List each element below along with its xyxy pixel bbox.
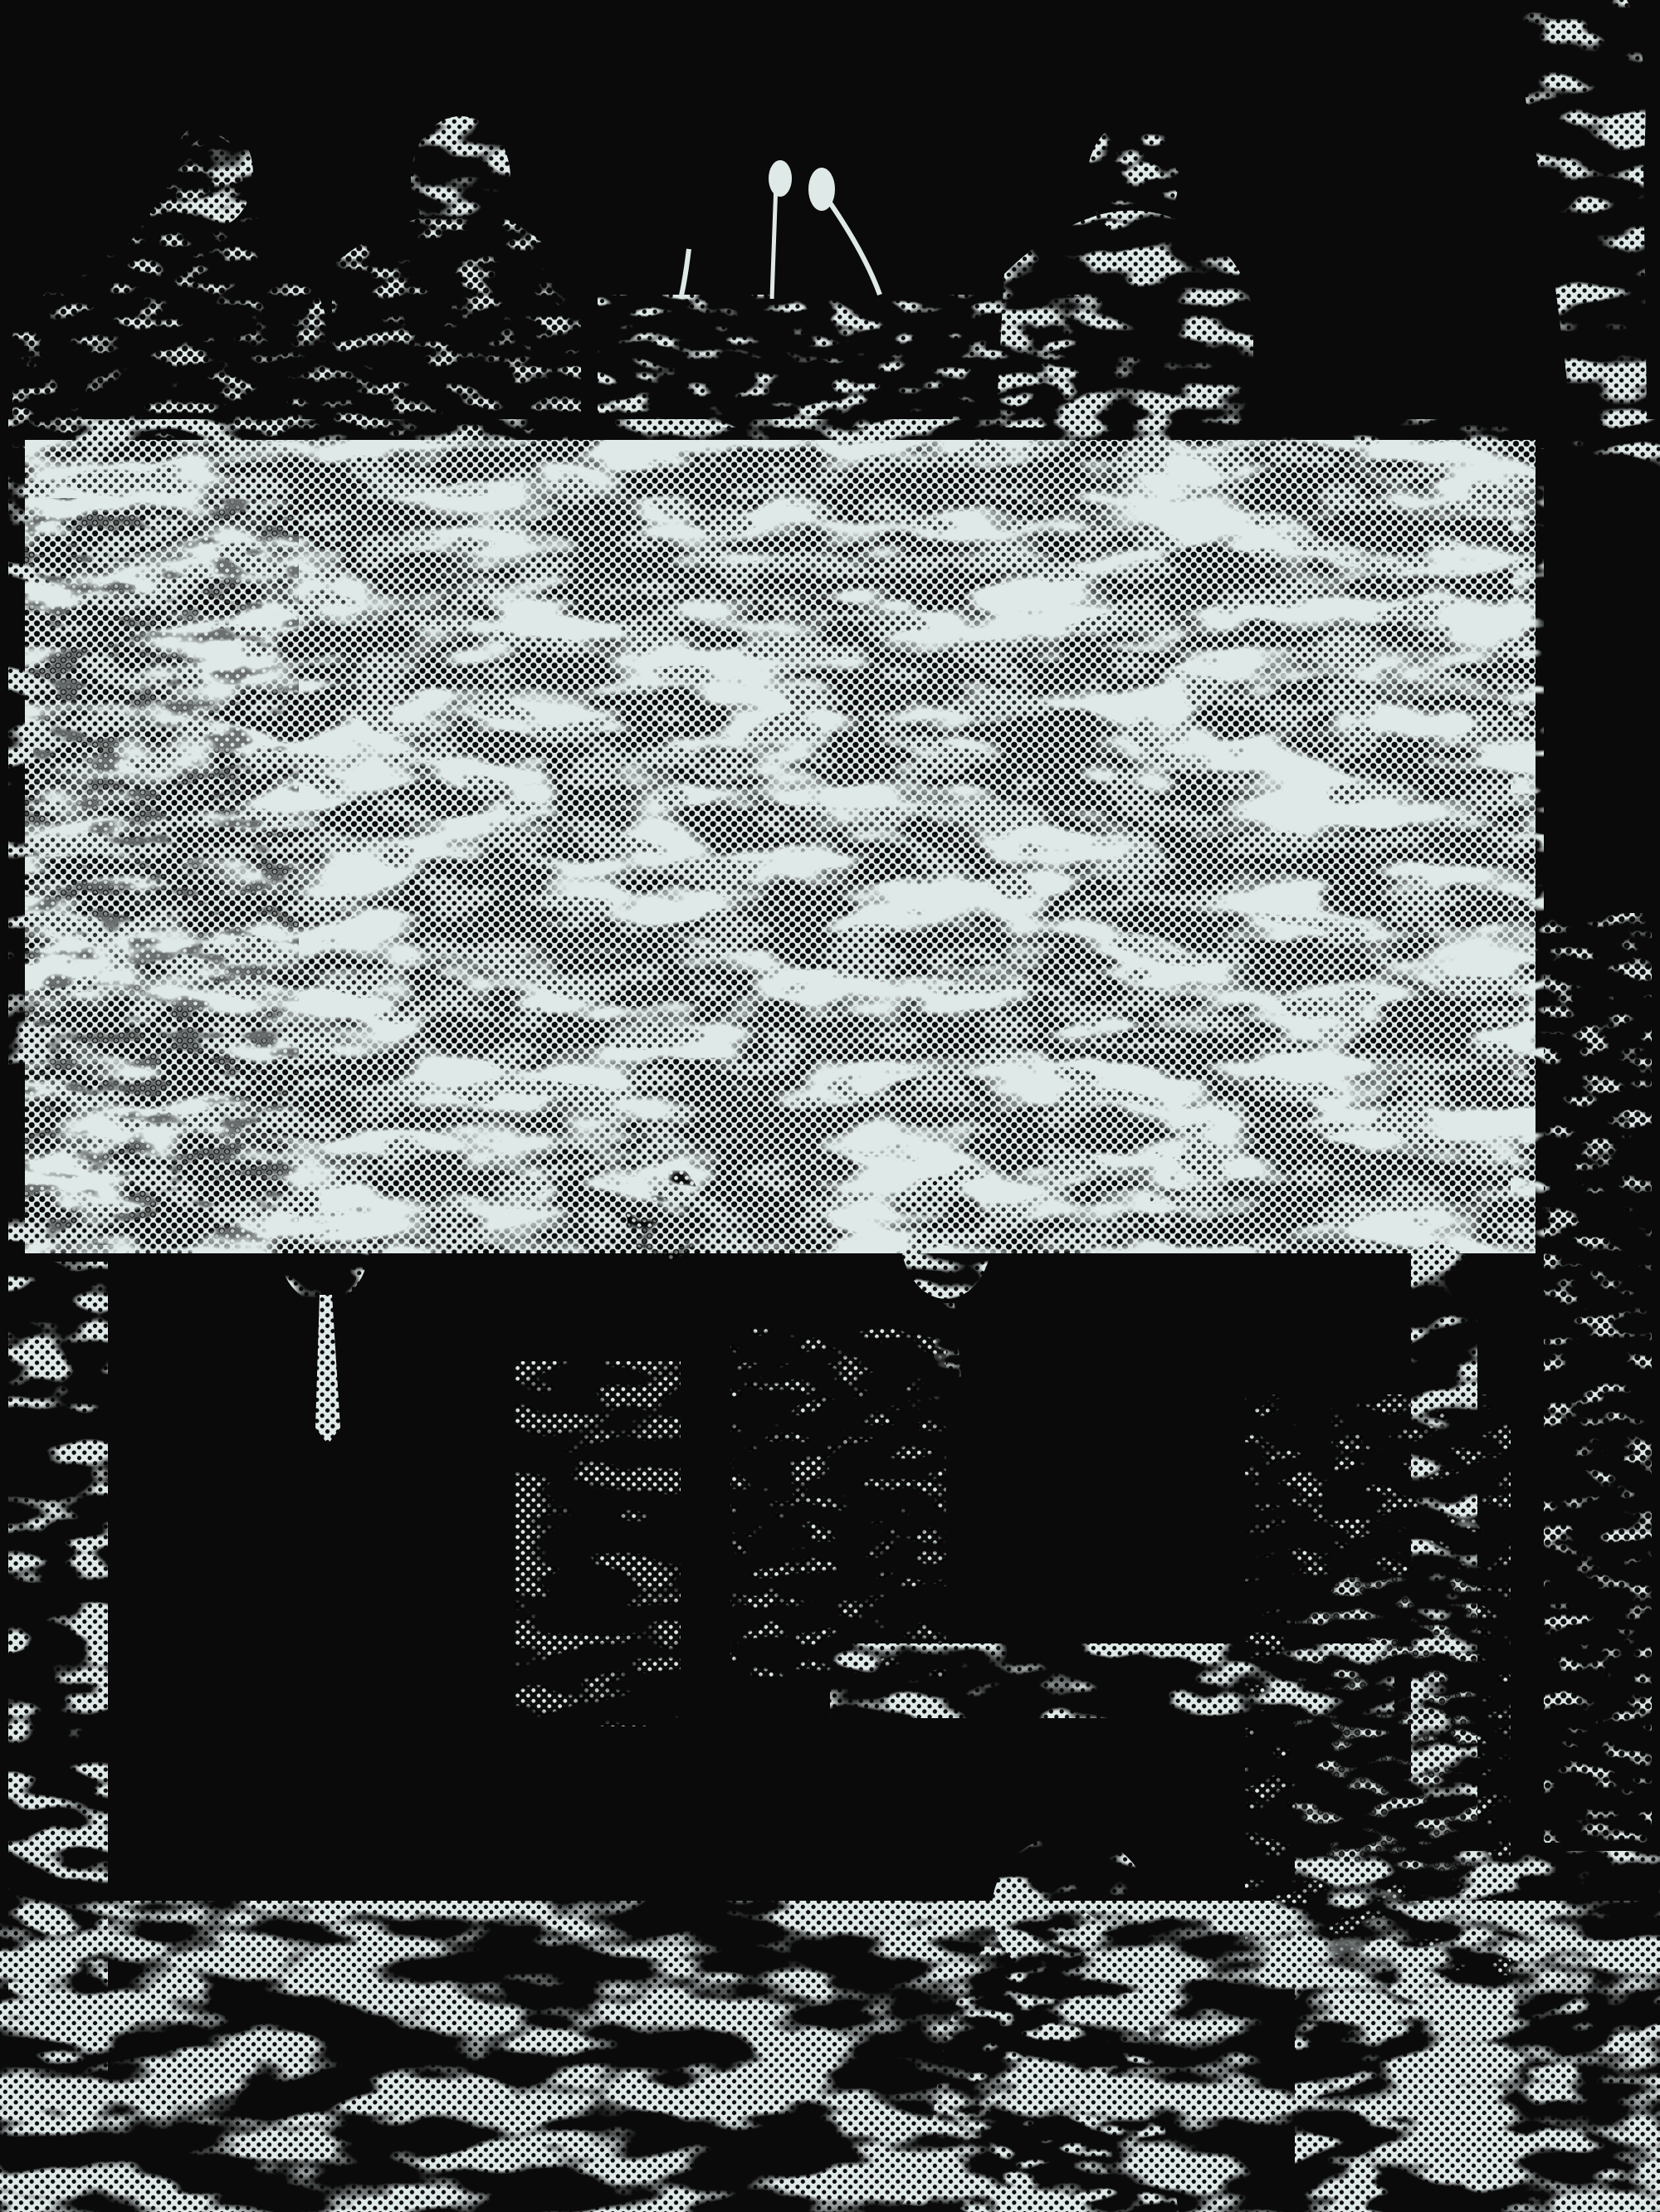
halftone-artwork [0, 0, 1660, 2212]
artwork-canvas [0, 0, 1660, 2212]
